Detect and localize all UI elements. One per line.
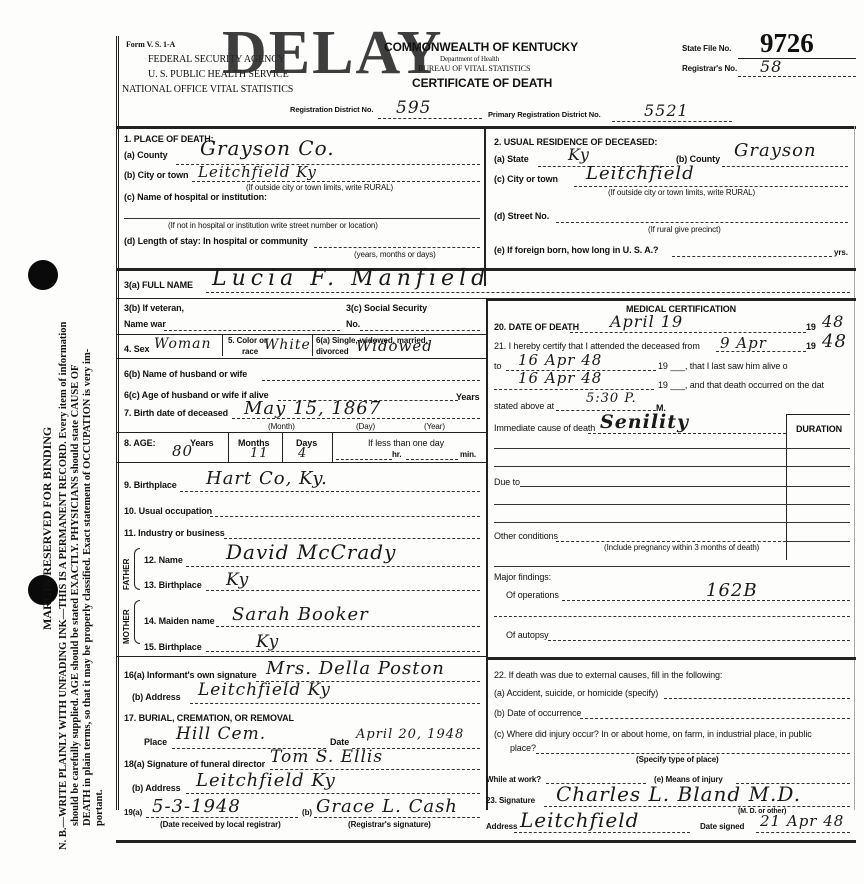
age-years-field[interactable]: 80 bbox=[172, 442, 193, 460]
death-date-field[interactable]: April 19 bbox=[610, 312, 683, 331]
notice-line-2: should be carefully supplied. AGE should… bbox=[70, 365, 81, 826]
attended-to-field[interactable]: 16 Apr 48 bbox=[518, 351, 602, 369]
registrar-no-label: Registrar's No. bbox=[682, 64, 737, 73]
race-field[interactable]: White bbox=[264, 337, 311, 353]
certificate-title: CERTIFICATE OF DEATH bbox=[412, 76, 552, 90]
state-file-number: 9726 bbox=[760, 28, 814, 59]
sex-field[interactable]: Woman bbox=[154, 336, 212, 352]
age-days-field[interactable]: 4 bbox=[298, 446, 307, 461]
header: Form V. S. 1-A FEDERAL SECURITY AGENCY U… bbox=[0, 0, 864, 130]
mother-birthplace-field[interactable]: Ky bbox=[256, 632, 279, 652]
attended-from-field[interactable]: 9 Apr bbox=[720, 334, 767, 352]
date-received-field[interactable]: 5-3-1948 bbox=[152, 796, 241, 817]
residence-state-field[interactable]: Ky bbox=[568, 145, 590, 164]
notice-line-1: N. B.—WRITE PLAINLY WITH UNFADING INK—TH… bbox=[58, 322, 69, 850]
informant-signature-field[interactable]: Mrs. Della Poston bbox=[266, 658, 445, 679]
binding-hole-top bbox=[28, 260, 58, 290]
funeral-director-field[interactable]: Tom S. Ellis bbox=[270, 747, 383, 767]
death-city-field[interactable]: Leitchfield Ky bbox=[198, 163, 317, 181]
state-file-label: State File No. bbox=[682, 44, 731, 53]
last-seen-field[interactable]: 16 Apr 48 bbox=[518, 369, 602, 387]
residence-city-field[interactable]: Leitchfield bbox=[586, 163, 695, 184]
informant-address-field[interactable]: Leitchfield Ky bbox=[198, 680, 331, 700]
full-name-field[interactable]: Lucia F. Manfield bbox=[212, 266, 490, 291]
reg-district-no: 595 bbox=[396, 98, 431, 118]
burial-date-field[interactable]: April 20, 1948 bbox=[356, 727, 464, 742]
residence-county-field[interactable]: Grayson bbox=[734, 140, 817, 161]
form-id: Form V. S. 1-A bbox=[126, 40, 175, 49]
father-name-field[interactable]: David McCrady bbox=[226, 540, 396, 564]
director-address-field[interactable]: Leitchfield Ky bbox=[196, 770, 336, 791]
death-certificate: MARGIN RESERVED FOR BINDING N. B.—WRITE … bbox=[0, 0, 864, 884]
notice-line-4: portant. bbox=[94, 790, 105, 826]
primary-district-no: 5521 bbox=[644, 101, 689, 120]
bureau: BUREAU OF VITAL STATISTICS bbox=[418, 64, 530, 73]
reg-district-label: Registration District No. bbox=[290, 105, 373, 114]
state-title: COMMONWEALTH OF KENTUCKY bbox=[384, 40, 578, 54]
age-months-field[interactable]: 11 bbox=[250, 446, 269, 461]
duration-header: DURATION bbox=[796, 424, 842, 434]
department: Department of Health bbox=[440, 55, 499, 63]
marital-status-field[interactable]: Widowed bbox=[356, 337, 433, 355]
burial-place-field[interactable]: Hill Cem. bbox=[176, 724, 266, 744]
death-time-field[interactable]: 5:30 P. bbox=[586, 391, 637, 406]
death-year-field[interactable]: 48 bbox=[822, 312, 844, 331]
physician-signature-field[interactable]: Charles L. Bland M.D. bbox=[556, 782, 801, 806]
birthplace-field[interactable]: Hart Co, Ky. bbox=[206, 468, 328, 489]
operations-field[interactable]: 162B bbox=[706, 580, 758, 601]
registrar-no: 58 bbox=[760, 57, 782, 76]
cause-of-death-field[interactable]: Senility bbox=[600, 411, 689, 433]
date-signed-field[interactable]: 21 Apr 48 bbox=[760, 812, 844, 830]
death-county-field[interactable]: Grayson Co. bbox=[200, 136, 335, 160]
birth-date-field[interactable]: May 15, 1867 bbox=[244, 398, 381, 419]
attended-from-year-field[interactable]: 48 bbox=[822, 331, 847, 352]
notice-line-3: DEATH in plain terms, so that it may be … bbox=[82, 349, 93, 826]
father-birthplace-field[interactable]: Ky bbox=[226, 570, 249, 590]
binding-margin: MARGIN RESERVED FOR BINDING N. B.—WRITE … bbox=[0, 20, 110, 880]
mother-name-field[interactable]: Sarah Booker bbox=[232, 604, 369, 625]
binding-label: MARGIN RESERVED FOR BINDING bbox=[40, 427, 55, 630]
physician-address-field[interactable]: Leitchfield bbox=[520, 808, 639, 832]
primary-district-label: Primary Registration District No. bbox=[488, 110, 601, 119]
registrar-signature-field[interactable]: Grace L. Cash bbox=[316, 796, 458, 817]
